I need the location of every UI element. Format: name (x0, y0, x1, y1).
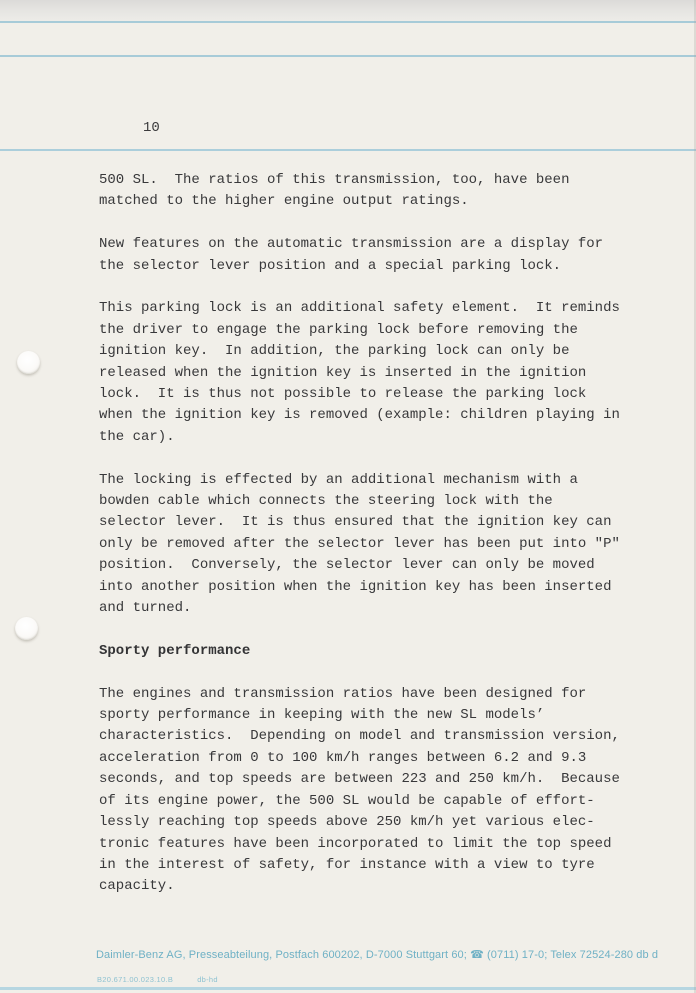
horizontal-rule-top-2 (0, 55, 696, 57)
section-heading-sporty-performance: Sporty performance (99, 641, 647, 662)
footer-address-text-right: (0711) 17-0; Telex 72524-280 db d (484, 949, 658, 961)
footer-address-line: Daimler-Benz AG, Presseabteilung, Postfa… (96, 948, 658, 961)
horizontal-rule-under-page-number (0, 149, 696, 151)
document-page: 10 500 SL. The ratios of this transmissi… (0, 0, 696, 993)
paper-top-edge (0, 0, 696, 21)
footer-filing-code: B20.671.00.023.10.B (97, 975, 173, 984)
horizontal-rule-top-1 (0, 21, 696, 23)
document-body: 500 SL. The ratios of this transmission,… (99, 170, 647, 919)
paragraph-parking-lock-safety: This parking lock is an additional safet… (99, 298, 647, 448)
paragraph-transmission-ratios: 500 SL. The ratios of this transmission,… (99, 170, 647, 213)
footer-filing-code-suffix: db-hd (197, 975, 218, 984)
footer-address-text-left: Daimler-Benz AG, Presseabteilung, Postfa… (96, 949, 470, 961)
paragraph-new-features: New features on the automatic transmissi… (99, 234, 647, 277)
footer-filing-code-line: B20.671.00.023.10.Bdb-hd (97, 975, 218, 984)
telephone-icon: ☎ (470, 949, 484, 961)
page-number: 10 (143, 120, 160, 136)
paragraph-engines-performance: The engines and transmission ratios have… (99, 684, 647, 898)
punch-hole-top (17, 351, 40, 374)
punch-hole-bottom (15, 617, 38, 640)
paragraph-locking-mechanism: The locking is effected by an additional… (99, 470, 647, 620)
horizontal-rule-bottom (0, 987, 696, 990)
